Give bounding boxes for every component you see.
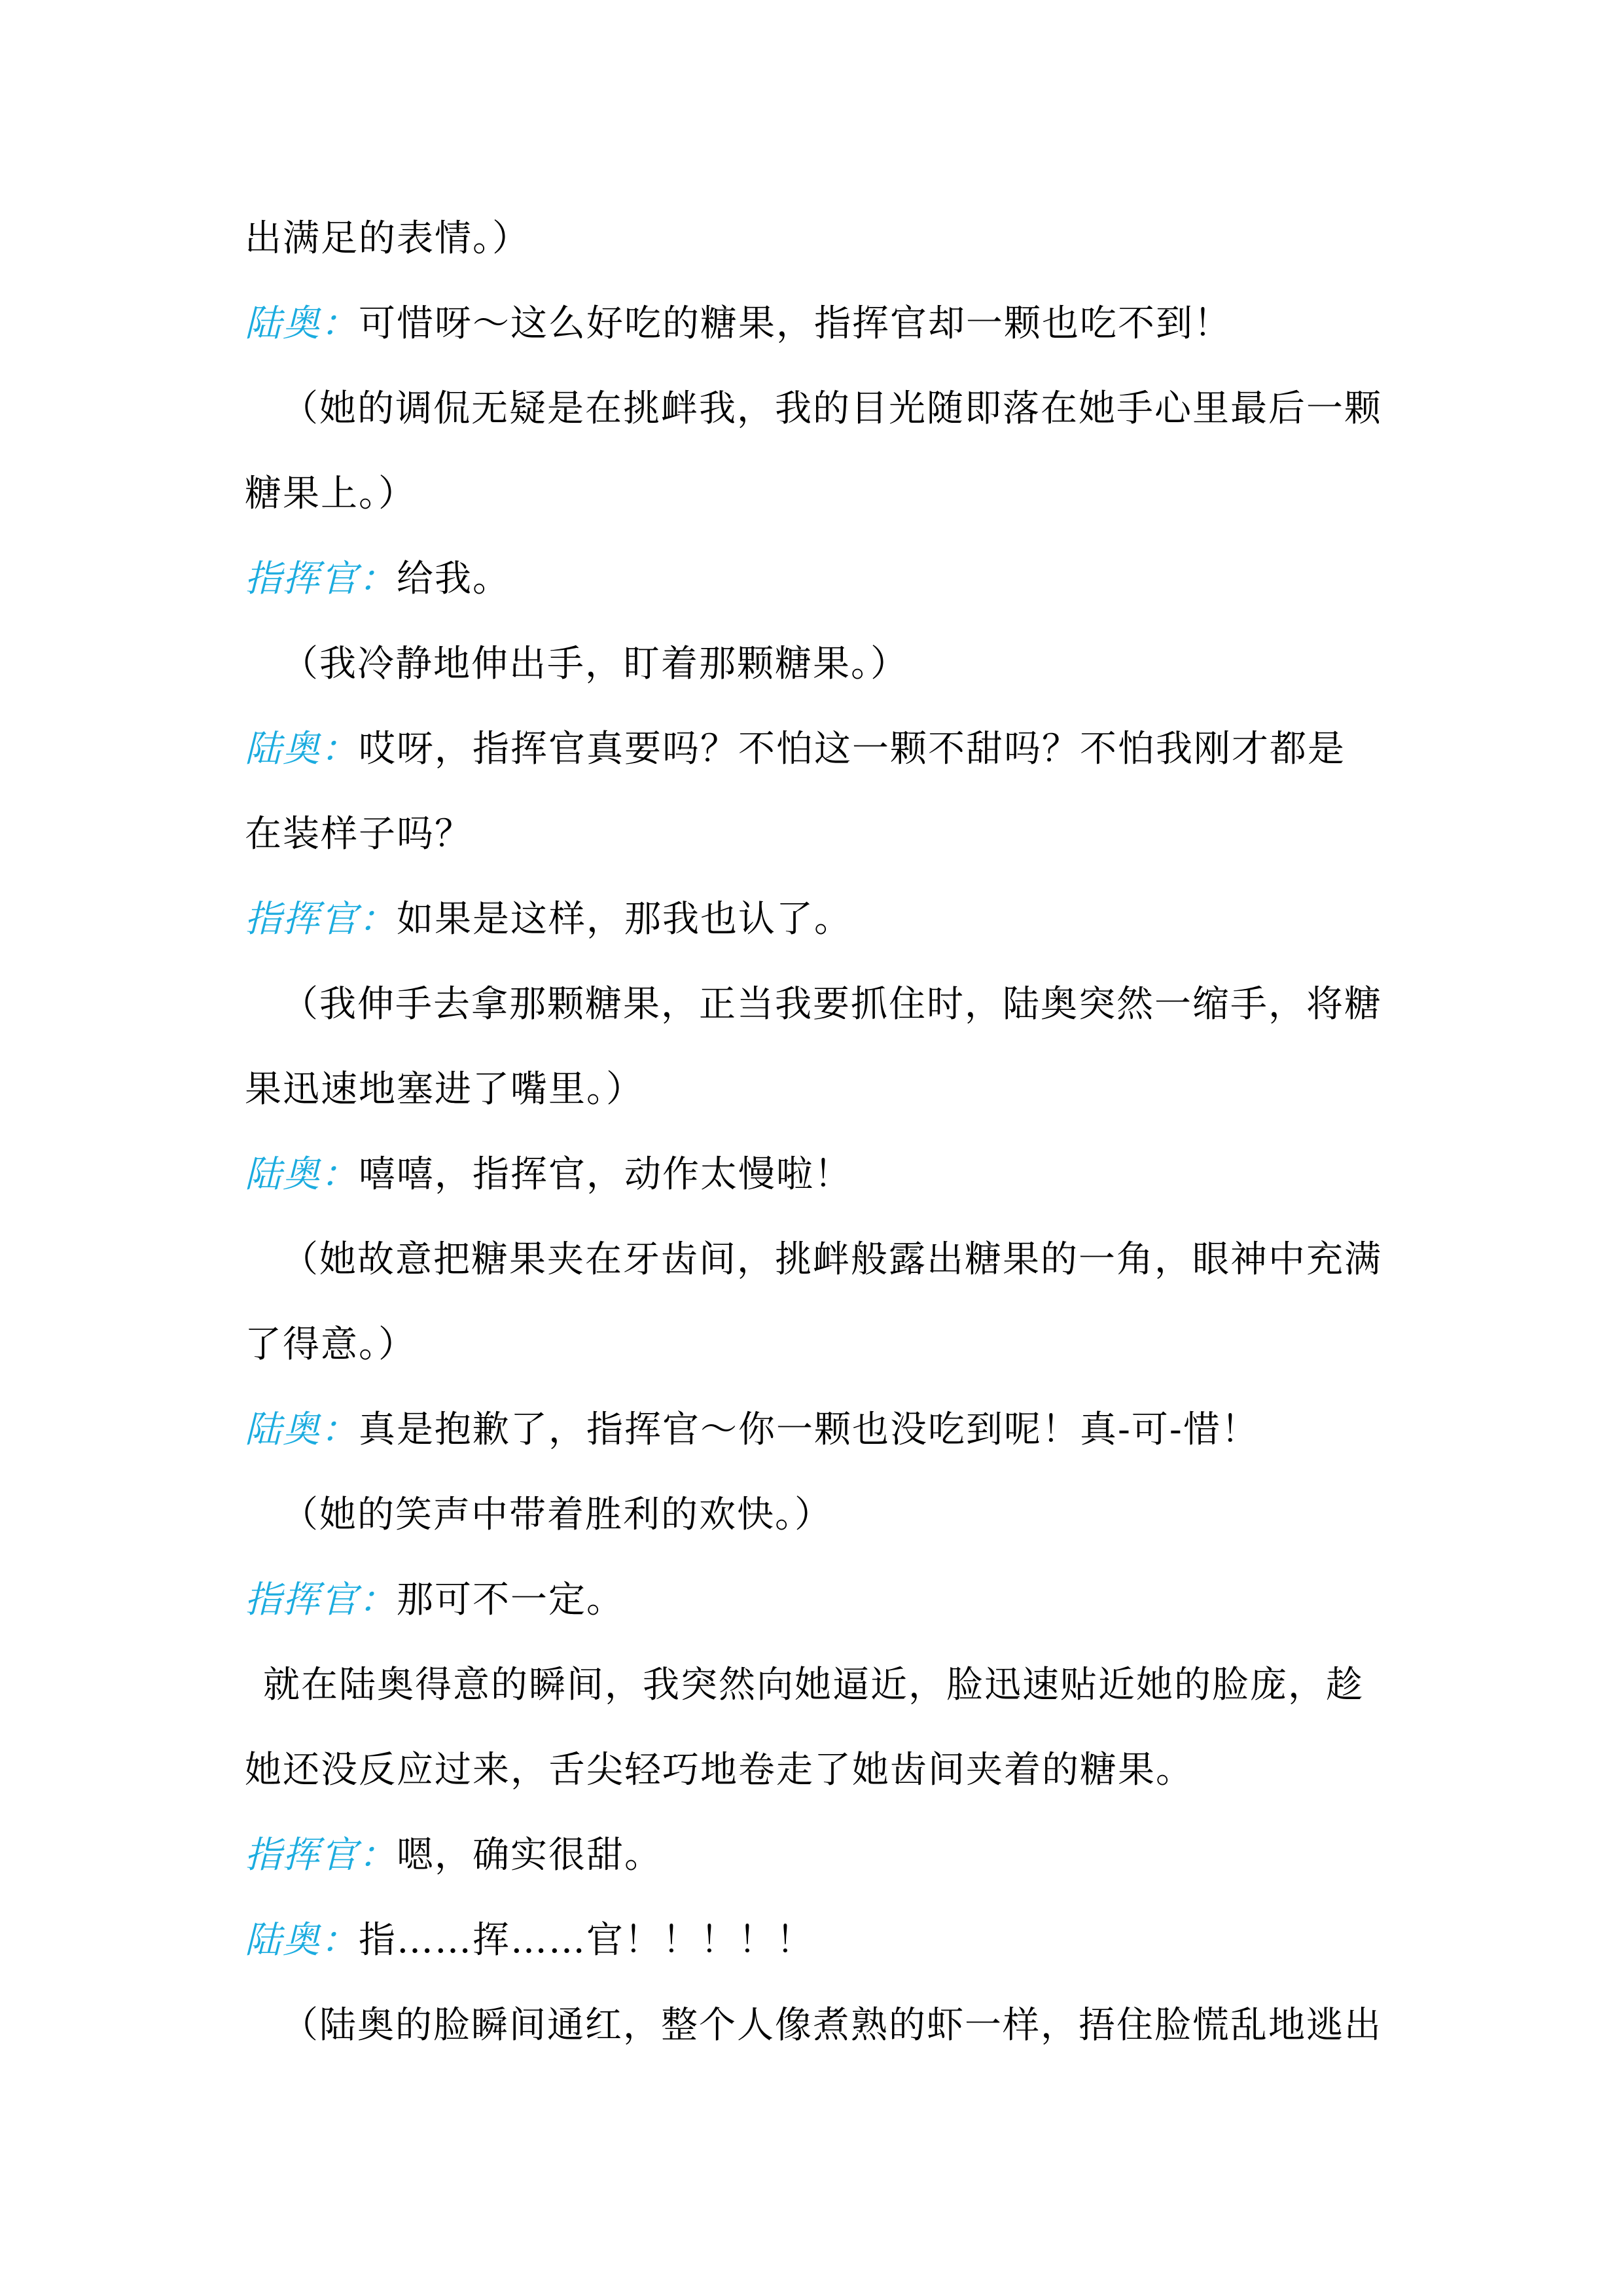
- text-line: 糖果上。）: [245, 461, 1370, 527]
- speaker-label: 陆奥：: [245, 728, 359, 770]
- dialogue-line: 指挥官：给我。: [245, 547, 1370, 612]
- continuation-text: 出满足的表情。）: [245, 217, 530, 260]
- dialogue-line: 陆奥：哎呀，指挥官真要吗？不怕这一颗不甜吗？不怕我刚才都是: [245, 717, 1370, 782]
- continuation-text: 果迅速地塞进了嘴里。）: [245, 1068, 644, 1111]
- text-line: 了得意。）: [245, 1312, 1370, 1378]
- document-page: 出满足的表情。） 陆奥：可惜呀～这么好吃的糖果，指挥官却一颗也吃不到！ （她的调…: [0, 0, 1623, 2296]
- action-line: （我伸手去拿那颗糖果，正当我要抓住时，陆奥突然一缩手，将糖: [281, 972, 1407, 1037]
- action-line: （陆奥的脸瞬间通红，整个人像煮熟的虾一样，捂住脸慌乱地逃出: [281, 1993, 1407, 2058]
- text-line: 出满足的表情。）: [245, 206, 1370, 272]
- dialogue-text: 可惜呀～这么好吃的糖果，指挥官却一颗也吃不到！: [359, 302, 1232, 345]
- dialogue-line: 陆奥：指……挥……官！！！！！: [245, 1908, 1370, 1973]
- text-line: 她还没反应过来，舌尖轻巧地卷走了她齿间夹着的糖果。: [245, 1738, 1370, 1803]
- speaker-label: 指挥官：: [245, 1579, 397, 1621]
- dialogue-line: 指挥官：如果是这样，那我也认了。: [245, 887, 1370, 952]
- action-line: （她的调侃无疑是在挑衅我，我的目光随即落在她手心里最后一颗: [281, 376, 1407, 442]
- speaker-label: 指挥官：: [245, 898, 397, 941]
- speaker-label: 指挥官：: [245, 558, 397, 600]
- action-line: （我冷静地伸出手，盯着那颗糖果。）: [281, 632, 1407, 697]
- speaker-label: 陆奥：: [245, 302, 359, 345]
- speaker-label: 指挥官：: [245, 1834, 397, 1876]
- narration-text: 就在陆奥得意的瞬间，我突然向她逼近，脸迅速贴近她的脸庞，趁: [263, 1664, 1364, 1706]
- action-line: （她故意把糖果夹在牙齿间，挑衅般露出糖果的一角，眼神中充满: [281, 1227, 1407, 1293]
- dialogue-line: 指挥官：那可不一定。: [245, 1568, 1370, 1633]
- dialogue-line: 陆奥：可惜呀～这么好吃的糖果，指挥官却一颗也吃不到！: [245, 291, 1370, 357]
- dialogue-line: 陆奥：真是抱歉了，指挥官～你一颗也没吃到呢！真-可-惜！: [245, 1397, 1370, 1463]
- continuation-text: 在装样子吗？: [245, 813, 473, 855]
- dialogue-line: 陆奥：嘻嘻，指挥官，动作太慢啦！: [245, 1142, 1370, 1208]
- speaker-label: 陆奥：: [245, 1408, 359, 1451]
- dialogue-text: 哎呀，指挥官真要吗？不怕这一颗不甜吗？不怕我刚才都是: [359, 728, 1346, 770]
- dialogue-text: 嘻嘻，指挥官，动作太慢啦！: [359, 1153, 852, 1196]
- action-text: （我冷静地伸出手，盯着那颗糖果。）: [281, 643, 908, 685]
- dialogue-text: 那可不一定。: [397, 1579, 624, 1621]
- action-text: （陆奥的脸瞬间通红，整个人像煮熟的虾一样，捂住脸慌乱地逃出: [281, 2004, 1382, 2047]
- dialogue-line: 指挥官：嗯，确实很甜。: [245, 1823, 1370, 1888]
- continuation-text: 了得意。）: [245, 1323, 416, 1366]
- action-text: （她故意把糖果夹在牙齿间，挑衅般露出糖果的一角，眼神中充满: [281, 1238, 1382, 1281]
- speaker-label: 陆奥：: [245, 1919, 359, 1962]
- dialogue-text: 指……挥……官！！！！！: [359, 1919, 814, 1962]
- text-line: 在装样子吗？: [245, 802, 1370, 867]
- text-line: 果迅速地塞进了嘴里。）: [245, 1057, 1370, 1122]
- narration-line: 就在陆奥得意的瞬间，我突然向她逼近，脸迅速贴近她的脸庞，趁: [263, 1653, 1389, 1718]
- continuation-text: 她还没反应过来，舌尖轻巧地卷走了她齿间夹着的糖果。: [245, 1749, 1194, 1791]
- dialogue-text: 嗯，确实很甜。: [397, 1834, 662, 1876]
- continuation-text: 糖果上。）: [245, 473, 416, 515]
- action-text: （她的调侃无疑是在挑衅我，我的目光随即落在她手心里最后一颗: [281, 387, 1382, 430]
- action-line: （她的笑声中带着胜利的欢快。）: [281, 1482, 1407, 1548]
- speaker-label: 陆奥：: [245, 1153, 359, 1196]
- action-text: （我伸手去拿那颗糖果，正当我要抓住时，陆奥突然一缩手，将糖: [281, 983, 1382, 1026]
- action-text: （她的笑声中带着胜利的欢快。）: [281, 1494, 832, 1536]
- dialogue-text: 真是抱歉了，指挥官～你一颗也没吃到呢！真-可-惜！: [359, 1408, 1259, 1451]
- dialogue-text: 给我。: [397, 558, 510, 600]
- dialogue-text: 如果是这样，那我也认了。: [397, 898, 852, 941]
